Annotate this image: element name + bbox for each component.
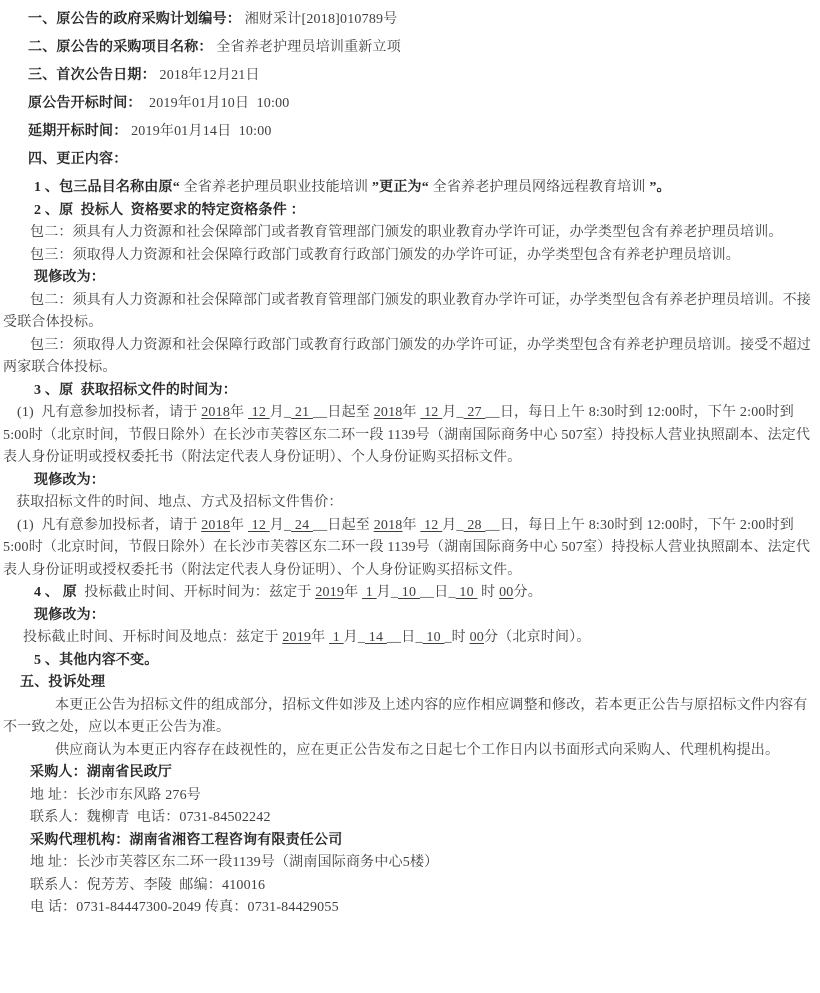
underlined-field-value: 12: [248, 405, 270, 420]
complaint-handling-heading: 五、投诉处理: [3, 672, 816, 695]
underlined-field-value: 12: [420, 405, 442, 420]
text: 年: [230, 405, 248, 420]
bold-text: 一、原公告的政府采购计划编号：: [28, 12, 241, 27]
text: 投标截止时间、开标时间为：兹定于: [84, 585, 315, 600]
underlined-field-value: 12: [420, 518, 442, 533]
item3-original-doc-time-heading: 3 、原 获取招标文件的时间为：: [3, 380, 816, 403]
item2-original-qualification-heading: 2 、原 投标人 资格要求的特定资格条件 ：: [3, 200, 816, 223]
underlined-field-value: 2018: [201, 405, 230, 420]
text: 包三：须取得人力资源和社会保障行政部门或教育行政部门颁发的办学许可证，办学类型包…: [3, 338, 811, 376]
original-package3-requirement: 包三：须取得人力资源和社会保障行政部门或教育行政部门颁发的办学许可证，办学类型包…: [3, 245, 816, 268]
bold-text: 现修改为：: [34, 608, 105, 623]
text: __日起至: [313, 518, 374, 533]
bold-text: 采购人：湖南省民政厅: [30, 765, 172, 780]
text: 月_: [377, 585, 398, 600]
underlined-field-value: 00: [470, 630, 484, 645]
text: 月: [270, 518, 284, 533]
underlined-field-value: 00: [499, 585, 513, 600]
agency-contact-line: 联系人：倪芳芳、李陵 邮编：410016: [3, 875, 816, 898]
text: (1) 凡有意参加投标者，请于: [17, 405, 201, 420]
bold-text: ”。: [646, 180, 671, 195]
purchaser-address-line: 地 址：长沙市东风路 276号: [3, 785, 816, 808]
correction-content-heading: 四、更正内容：: [3, 149, 816, 172]
text: 年: [403, 405, 421, 420]
underlined-field-value: 2018: [374, 405, 403, 420]
text: 全省养老护理员职业技能培训: [184, 180, 369, 195]
revision-note-3: 现修改为：: [3, 605, 816, 628]
bold-text: 原公告开标时间：: [28, 96, 142, 111]
underlined-field-value: 27: [464, 405, 486, 420]
revised-package2-requirement: 包二：须具有人力资源和社会保障部门或者教育管理部门颁发的职业教育办学许可证，办学…: [3, 290, 816, 335]
purchaser-contact-line: 联系人：魏柳青 电话：0731-84502242: [3, 807, 816, 830]
text: 获取招标文件的时间、地点、方式及招标文件售价：: [16, 495, 343, 510]
underlined-field-value: 28: [464, 518, 486, 533]
underlined-field-value: 21: [291, 405, 313, 420]
underlined-field-value: 10: [398, 585, 420, 600]
text: 包二：须具有人力资源和社会保障部门或者教育管理部门颁发的职业教育办学许可证，办学…: [30, 225, 783, 240]
project-name-line: 二、原公告的采购项目名称： 全省养老护理员培训重新立项: [3, 37, 816, 60]
item4-original-deadline-line: 4 、 原 投标截止时间、开标时间为：兹定于 2019年 1 月_ 10 __日…: [3, 582, 816, 605]
plan-number-line: 一、原公告的政府采购计划编号： 湘财采计[2018]010789号: [3, 9, 816, 32]
revised-deadline-line: 投标截止时间、开标时间及地点：兹定于 2019年 1 月_ 14 __日_ 10…: [3, 627, 816, 650]
text: (1) 凡有意参加投标者，请于: [17, 518, 201, 533]
underlined-field-value: 1: [329, 630, 344, 645]
text: 供应商认为本更正内容存在歧视性的，应在更正公告发布之日起七个工作日内以书面形式向…: [55, 743, 779, 758]
text: 联系人：倪芳芳、李陵 邮编：410016: [30, 878, 265, 893]
bold-text: 1 、包三品目名称由原“: [34, 180, 184, 195]
text: 包三：须取得人力资源和社会保障行政部门或教育行政部门颁发的办学许可证，办学类型包…: [30, 248, 740, 263]
bold-text: ”更正为“: [368, 180, 432, 195]
original-package2-requirement: 包二：须具有人力资源和社会保障部门或者教育管理部门颁发的职业教育办学许可证，办学…: [3, 222, 816, 245]
bold-text: 4 、 原: [34, 585, 84, 600]
text: 2019年01月14日 10:00: [127, 124, 271, 139]
text: 年: [230, 518, 248, 533]
text: 湘财采计[2018]010789号: [241, 12, 397, 27]
underlined-field-value: 2018: [374, 518, 403, 533]
underlined-field-value: 12: [248, 518, 270, 533]
revised-package3-requirement: 包三：须取得人力资源和社会保障行政部门或教育行政部门颁发的办学许可证，办学类型包…: [3, 335, 816, 380]
underlined-field-value: 2019: [282, 630, 311, 645]
underlined-field-value: 10: [423, 630, 445, 645]
text: 全省养老护理员培训重新立项: [213, 40, 401, 55]
text: __日起至: [313, 405, 374, 420]
underlined-field-value: 2019: [315, 585, 344, 600]
underlined-field-value: 1: [362, 585, 377, 600]
underlined-field-value: 14: [365, 630, 387, 645]
bold-text: 现修改为：: [34, 473, 105, 488]
agency-line: 采购代理机构：湖南省湘咨工程咨询有限责任公司: [3, 830, 816, 853]
text: 时: [477, 585, 499, 600]
text: 月: [442, 518, 456, 533]
revision-note-1: 现修改为：: [3, 267, 816, 290]
supplier-objection-paragraph: 供应商认为本更正内容存在歧视性的，应在更正公告发布之日起七个工作日内以书面形式向…: [3, 740, 816, 763]
bold-text: 3 、原 获取招标文件的时间为：: [34, 383, 237, 398]
purchaser-line: 采购人：湖南省民政厅: [3, 762, 816, 785]
bold-text: 延期开标时间：: [28, 124, 127, 139]
text: 联系人：魏柳青 电话：0731-84502242: [30, 810, 271, 825]
text: 全省养老护理员网络远程教育培训: [433, 180, 646, 195]
text: 2019年01月10日 10:00: [142, 96, 290, 111]
text: _: [456, 405, 463, 420]
text: 包二：须具有人力资源和社会保障部门或者教育管理部门颁发的职业教育办学许可证，办学…: [3, 293, 811, 331]
text: 月: [270, 405, 284, 420]
text: 2018年12月21日: [156, 68, 260, 83]
bold-text: 二、原公告的采购项目名称：: [28, 40, 213, 55]
underlined-field-value: 24: [291, 518, 313, 533]
postponed-bid-open-time-line: 延期开标时间： 2019年01月14日 10:00: [3, 121, 816, 144]
correction-legal-paragraph: 本更正公告为招标文件的组成部分，招标文件如涉及上述内容的应作相应调整和修改，若本…: [3, 695, 816, 740]
underlined-field-value: 2018: [201, 518, 230, 533]
text: 月_: [344, 630, 365, 645]
bold-text: 三、首次公告日期：: [28, 68, 156, 83]
bold-text: 四、更正内容：: [28, 152, 127, 167]
original-doc-purchase-paragraph: (1) 凡有意参加投标者，请于 2018年 12 月_ 21 __日起至 201…: [3, 402, 816, 470]
text: 电 话：0731-84447300-2049 传真：0731-84429055: [30, 900, 339, 915]
first-announce-date-line: 三、首次公告日期： 2018年12月21日: [3, 65, 816, 88]
text: 分。: [514, 585, 542, 600]
text: _时: [444, 630, 469, 645]
text: 年: [311, 630, 329, 645]
bold-text: 现修改为：: [34, 270, 105, 285]
revision-note-2: 现修改为：: [3, 470, 816, 493]
item5-no-other-changes: 5 、其他内容不变。: [3, 650, 816, 673]
bold-text: 5 、其他内容不变。: [34, 653, 159, 668]
text: 分（北京时间）。: [484, 630, 591, 645]
agency-phone-line: 电 话：0731-84447300-2049 传真：0731-84429055: [3, 897, 816, 920]
text: 地 址：长沙市芙蓉区东二环一段1139号（湖南国际商务中心5楼）: [30, 855, 438, 870]
text: 本更正公告为招标文件的组成部分，招标文件如涉及上述内容的应作相应调整和修改，若本…: [3, 698, 808, 736]
text: __日_: [387, 630, 423, 645]
text: 年: [344, 585, 362, 600]
text: _: [456, 518, 463, 533]
revised-doc-info-line: 获取招标文件的时间、地点、方式及招标文件售价：: [3, 492, 816, 515]
item1-package3-rename: 1 、包三品目名称由原“ 全省养老护理员职业技能培训 ”更正为“ 全省养老护理员…: [3, 177, 816, 200]
revised-doc-purchase-paragraph: (1) 凡有意参加投标者，请于 2018年 12 月_ 24 __日起至 201…: [3, 515, 816, 583]
bold-text: 采购代理机构：湖南省湘咨工程咨询有限责任公司: [30, 833, 342, 848]
text: 年: [403, 518, 421, 533]
underlined-field-value: 10: [456, 585, 478, 600]
original-bid-open-time-line: 原公告开标时间： 2019年01月10日 10:00: [3, 93, 816, 116]
text: 月: [442, 405, 456, 420]
agency-address-line: 地 址：长沙市芙蓉区东二环一段1139号（湖南国际商务中心5楼）: [3, 852, 816, 875]
bold-text: 2 、原 投标人 资格要求的特定资格条件 ：: [34, 203, 305, 218]
text: 投标截止时间、开标时间及地点：兹定于: [23, 630, 282, 645]
text: __日_: [420, 585, 456, 600]
text: 地 址：长沙市东风路 276号: [30, 788, 201, 803]
bold-text: 五、投诉处理: [20, 675, 105, 690]
announcement-document: 一、原公告的政府采购计划编号： 湘财采计[2018]010789号二、原公告的采…: [0, 0, 820, 932]
